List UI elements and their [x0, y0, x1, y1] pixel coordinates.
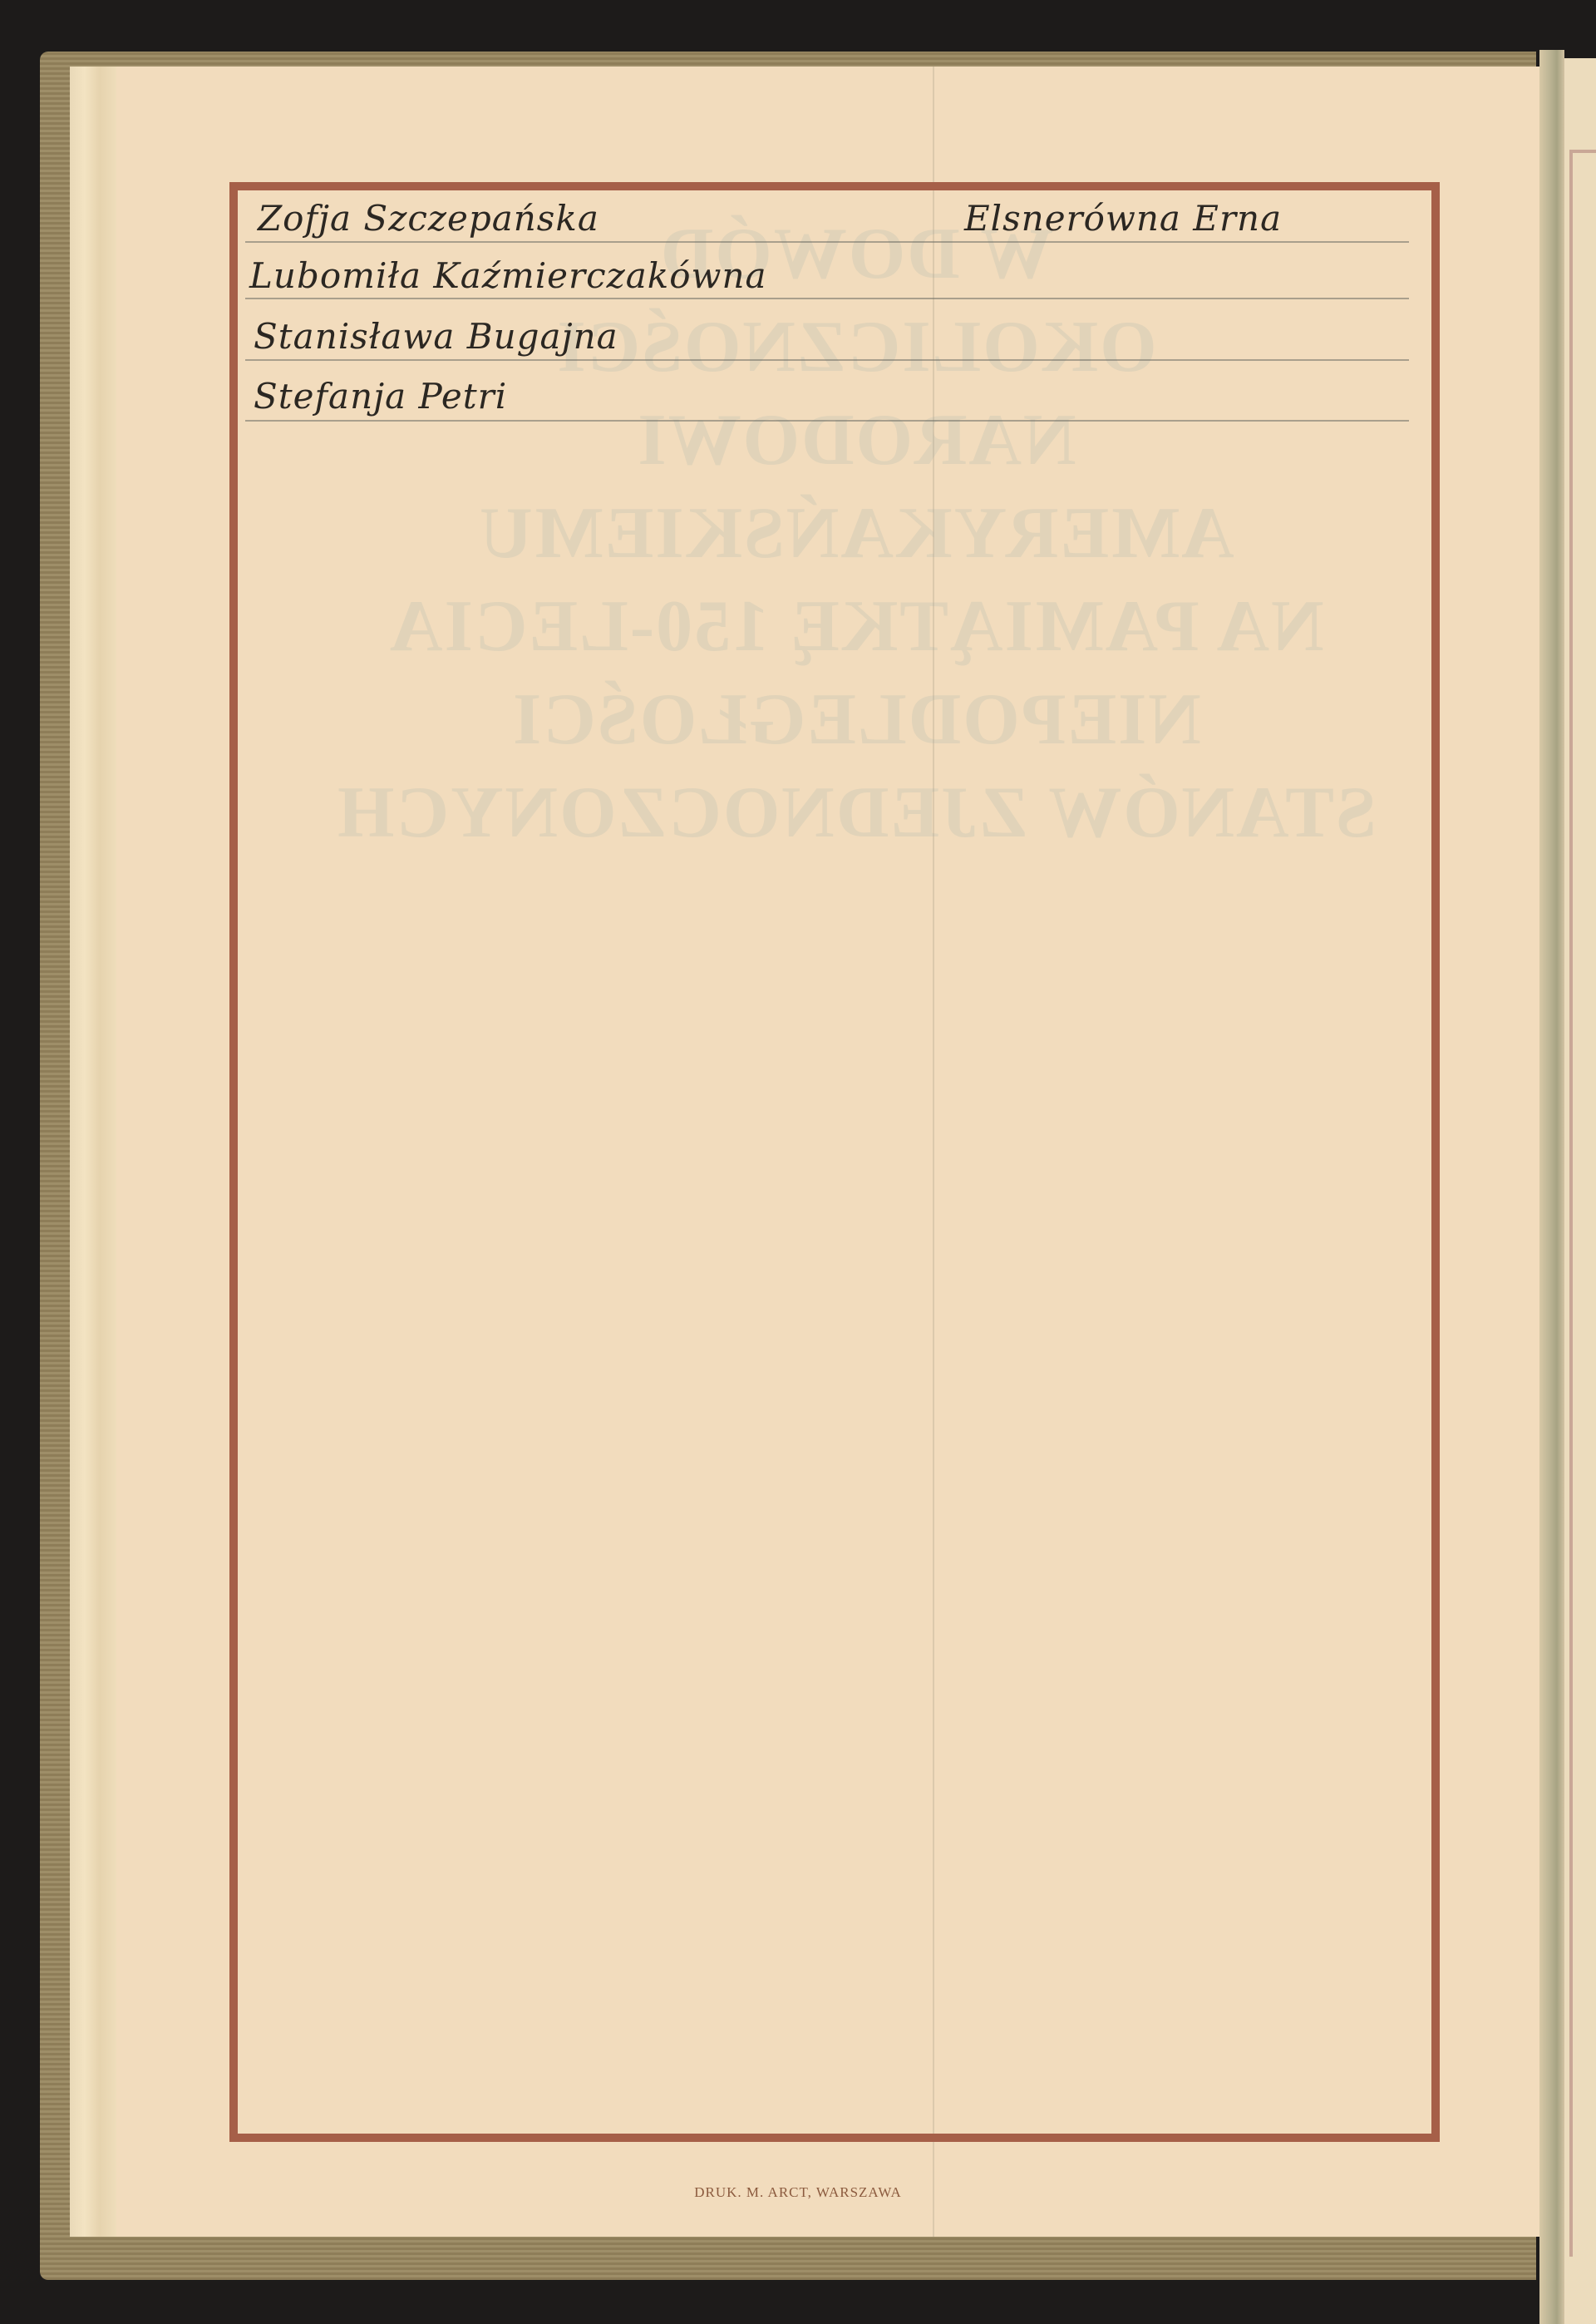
ruled-line [245, 420, 1409, 422]
name-entry: Stanisława Bugajna [254, 316, 618, 357]
ruled-line [245, 359, 1409, 361]
name-entry: Zofja Szczepańska [258, 198, 599, 239]
ruled-line [245, 241, 1409, 243]
ruled-line [245, 298, 1409, 299]
printer-imprint: DRUK. M. ARCT, WARSZAWA [0, 2184, 1596, 2201]
decorative-frame [229, 182, 1440, 2142]
facing-page-border [1569, 150, 1596, 2257]
name-entry: Stefanja Petri [254, 376, 507, 417]
name-entry: Elsnerówna Erna [964, 198, 1282, 239]
book-gutter [1539, 50, 1564, 2324]
page-edges [70, 67, 120, 2237]
facing-page-edge [1564, 58, 1596, 2324]
name-entry: Lubomiła Kaźmierczakówna [249, 255, 767, 296]
